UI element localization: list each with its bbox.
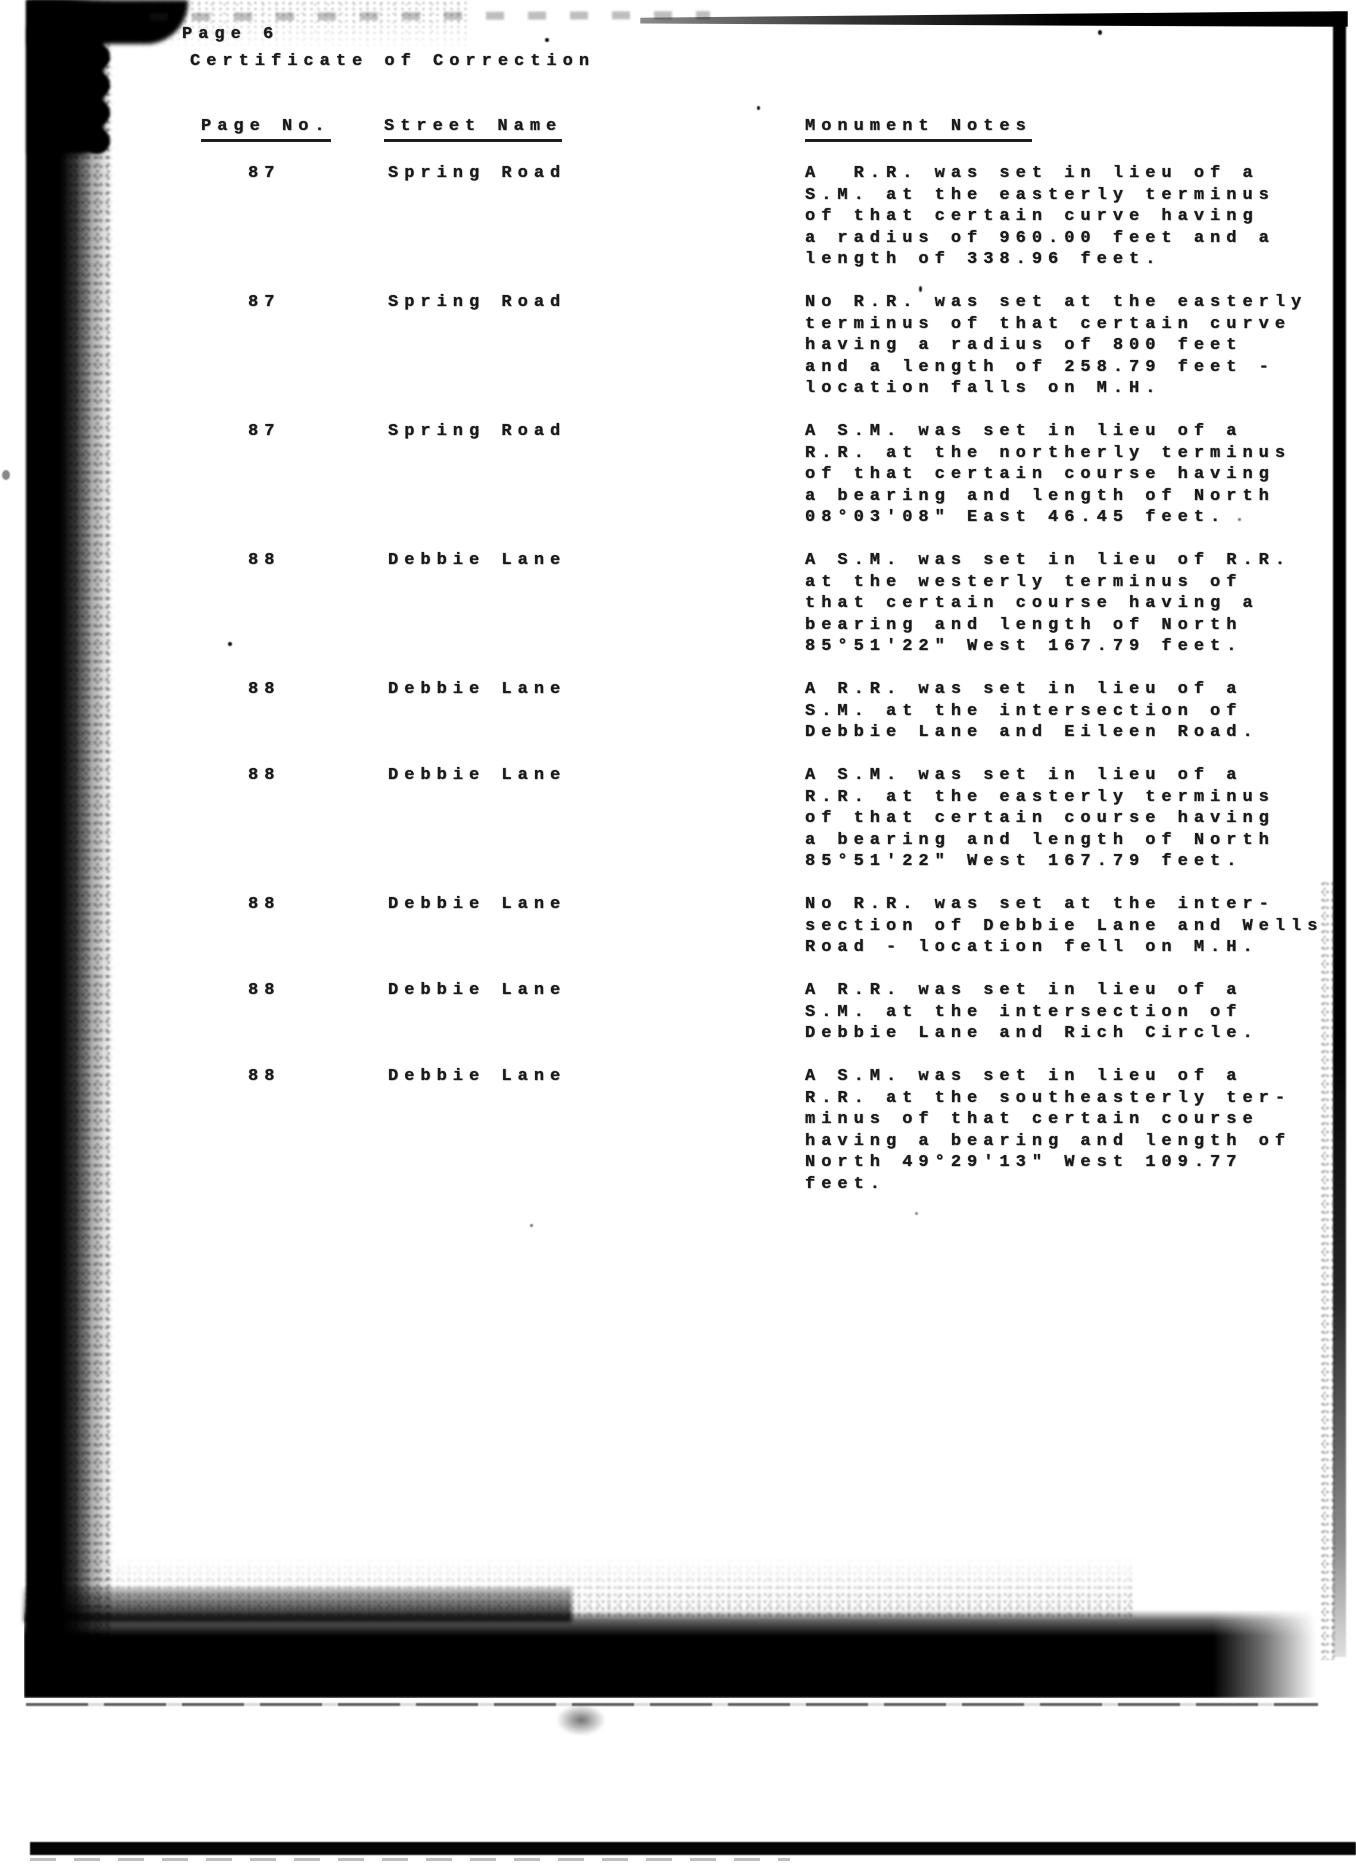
page-no-cell: 87 <box>201 421 384 529</box>
scan-binder-bump <box>84 128 110 154</box>
stray-mark <box>530 1224 533 1227</box>
street-name-cell: Spring Road <box>384 292 805 400</box>
stray-mark <box>1098 30 1102 35</box>
scan-bottom-thin-line <box>26 1703 1318 1706</box>
scan-binder-bump <box>84 44 110 70</box>
scan-bottom-grain <box>24 1588 572 1622</box>
table-body: 87 Spring Road A R.R. was set in lieu of… <box>201 163 1336 1217</box>
table-row: 87 Spring Road A S.M. was set in lieu of… <box>201 421 1336 529</box>
page-no-cell: 88 <box>201 1066 384 1195</box>
scan-bottom-black-bar <box>24 1610 1316 1698</box>
table-row: 87 Spring Road No R.R. was set at the ea… <box>201 292 1336 400</box>
scan-binder-bump <box>84 72 110 98</box>
table-row: 88 Debbie Lane A S.M. was set in lieu of… <box>201 765 1336 873</box>
page-no-cell: 88 <box>201 679 384 744</box>
table-row: 88 Debbie Lane No R.R. was set at the in… <box>201 894 1336 959</box>
page-no-cell: 88 <box>201 765 384 873</box>
column-header-label: Monument Notes <box>805 116 1032 142</box>
street-name-cell: Debbie Lane <box>384 894 805 959</box>
stray-mark <box>2 470 10 480</box>
street-name-cell: Debbie Lane <box>384 980 805 1045</box>
scan-smudge <box>556 1704 606 1736</box>
table-row: 88 Debbie Lane A S.M. was set in lieu of… <box>201 1066 1336 1195</box>
page-label: Page 6 <box>182 24 595 46</box>
scanned-document-page: Page 6 Certificate of Correction Page No… <box>0 0 1356 1872</box>
street-name-cell: Debbie Lane <box>384 679 805 744</box>
page-no-cell: 88 <box>201 980 384 1045</box>
monument-notes-cell: A R.R. was set in lieu of a S.M. at the … <box>805 163 1336 271</box>
scan-bottom-grain <box>24 1556 1134 1618</box>
monument-notes-cell: A R.R. was set in lieu of a S.M. at the … <box>805 980 1336 1045</box>
page-no-cell: 88 <box>201 550 384 658</box>
masthead: Page 6 Certificate of Correction <box>182 24 595 72</box>
scan-top-left-blob <box>28 0 188 44</box>
table-row: 88 Debbie Lane A R.R. was set in lieu of… <box>201 679 1336 744</box>
street-name-cell: Spring Road <box>384 163 805 271</box>
table-header-row: Page No. Street Name Monument Notes <box>201 116 1336 142</box>
monument-notes-cell: No R.R. was set at the easterly terminus… <box>805 292 1336 400</box>
page-no-cell: 87 <box>201 292 384 400</box>
scan-binder-bump <box>84 100 110 126</box>
table-row: 88 Debbie Lane A R.R. was set in lieu of… <box>201 980 1336 1045</box>
column-header-street-name: Street Name <box>384 116 805 142</box>
column-header-label: Street Name <box>384 116 562 142</box>
scan-top-edge-line <box>640 11 1348 27</box>
table-row: 87 Spring Road A R.R. was set in lieu of… <box>201 163 1336 271</box>
scan-bottom-strip-dashes <box>30 1858 790 1861</box>
monument-notes-cell: A S.M. was set in lieu of R.R. at the we… <box>805 550 1336 658</box>
scan-top-speckle-line <box>150 11 710 21</box>
column-header-monument-notes: Monument Notes <box>805 116 1336 142</box>
street-name-cell: Debbie Lane <box>384 765 805 873</box>
monument-notes-cell: A R.R. was set in lieu of a S.M. at the … <box>805 679 1336 744</box>
page-no-cell: 87 <box>201 163 384 271</box>
scan-left-edge-band <box>26 0 112 1690</box>
monument-notes-cell: A S.M. was set in lieu of a R.R. at the … <box>805 765 1336 873</box>
scan-top-left-blob <box>28 28 104 154</box>
street-name-cell: Spring Road <box>384 421 805 529</box>
column-header-page-no: Page No. <box>201 116 384 142</box>
table-row: 88 Debbie Lane A S.M. was set in lieu of… <box>201 550 1336 658</box>
street-name-cell: Debbie Lane <box>384 1066 805 1195</box>
monument-notes-cell: A S.M. was set in lieu of a R.R. at the … <box>805 421 1336 529</box>
street-name-cell: Debbie Lane <box>384 550 805 658</box>
monument-notes-cell: No R.R. was set at the inter- section of… <box>805 894 1336 959</box>
stray-mark <box>757 106 760 110</box>
scan-bottom-strip <box>30 1842 1356 1855</box>
document-title: Certificate of Correction <box>190 51 595 73</box>
page-no-cell: 88 <box>201 894 384 959</box>
column-header-label: Page No. <box>201 116 331 142</box>
monument-notes-cell: A S.M. was set in lieu of a R.R. at the … <box>805 1066 1336 1195</box>
